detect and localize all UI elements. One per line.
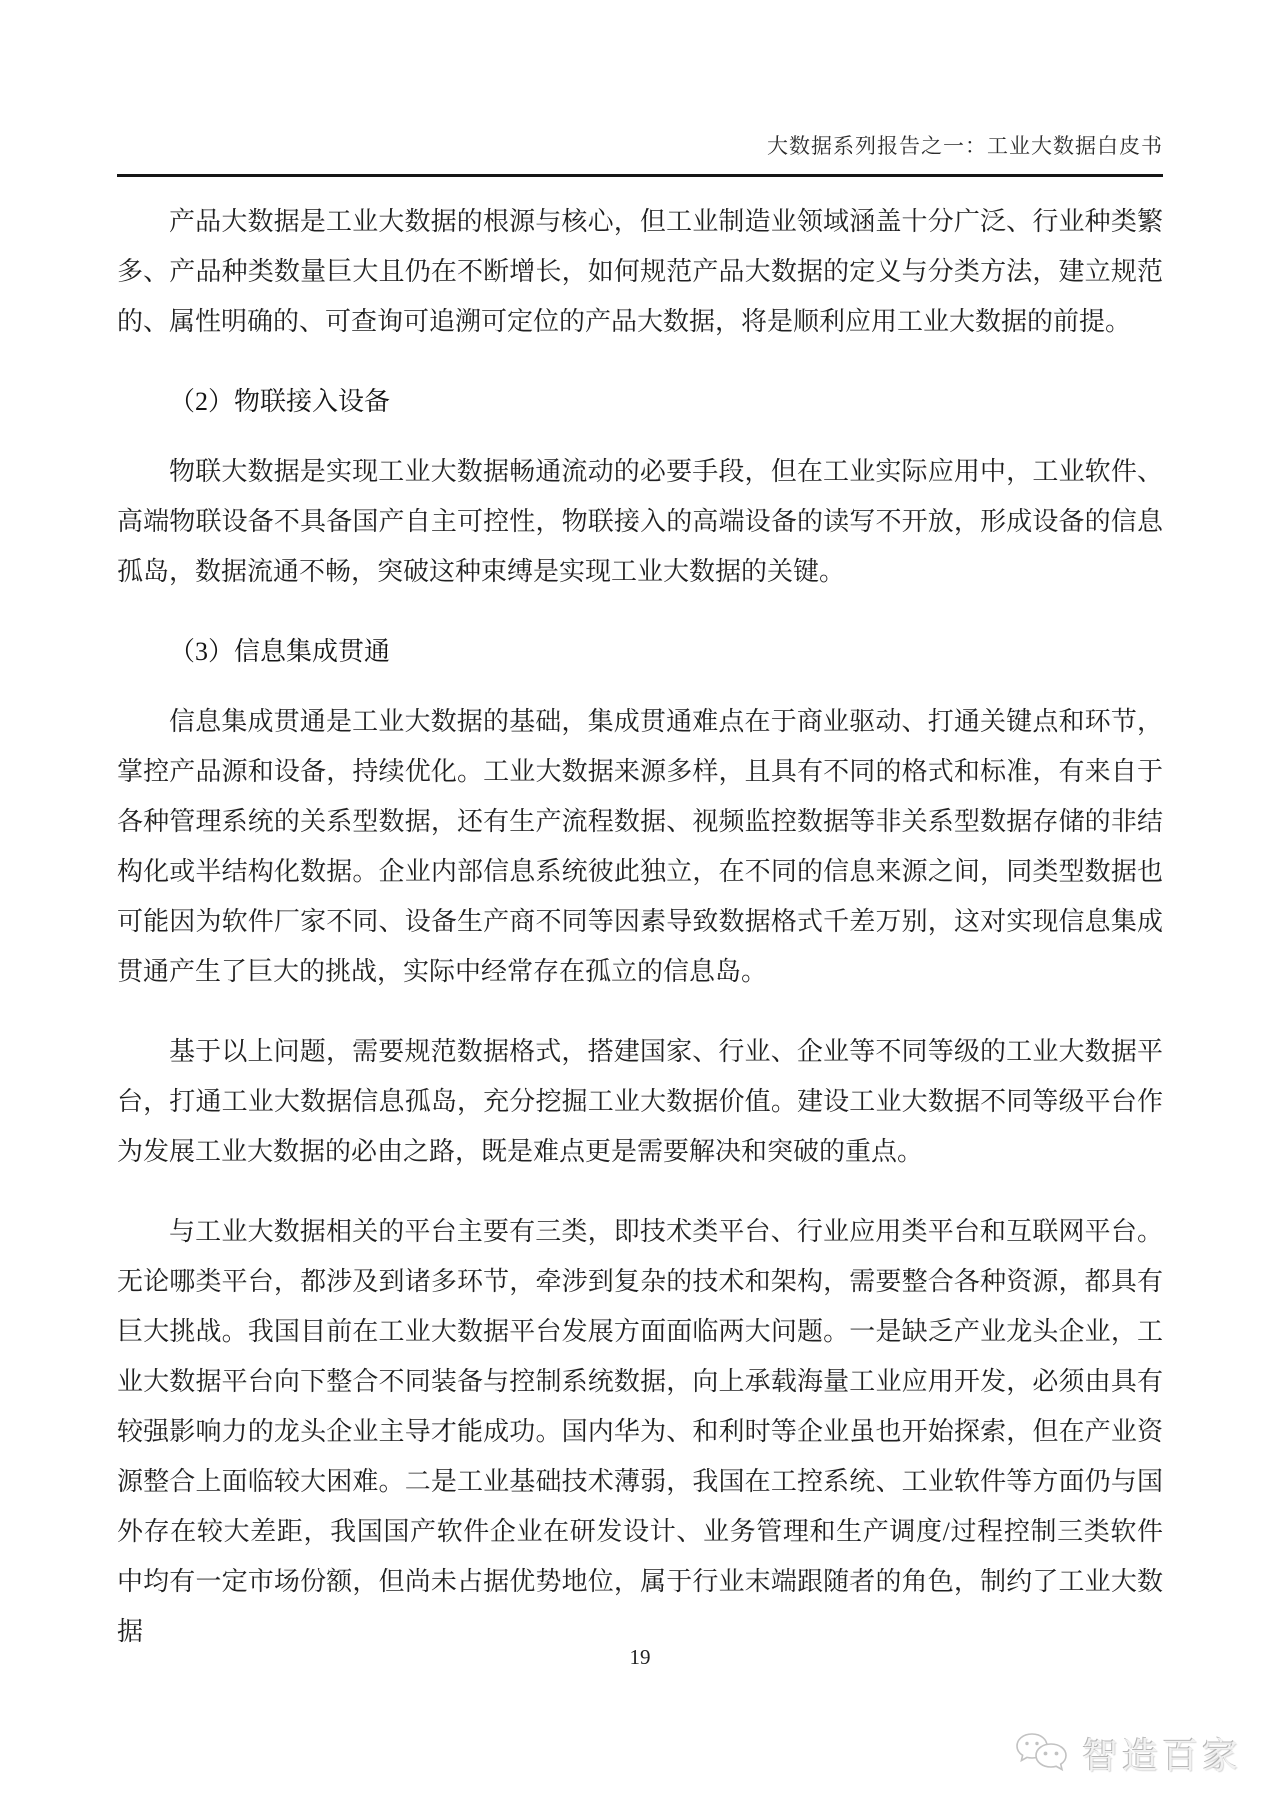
document-page: 大数据系列报告之一：工业大数据白皮书 产品大数据是工业大数据的根源与核心，但工业… <box>0 0 1280 1809</box>
wechat-bubbles-icon <box>1014 1731 1070 1777</box>
heading-iot-access-devices: （2）物联接入设备 <box>117 377 1163 427</box>
header-rule <box>117 174 1163 177</box>
document-body: 产品大数据是工业大数据的根源与核心，但工业制造业领域涵盖十分广泛、行业种类繁多、… <box>117 197 1163 1657</box>
paragraph-integration-challenges: 信息集成贯通是工业大数据的基础，集成贯通难点在于商业驱动、打通关键点和环节，掌控… <box>117 697 1163 997</box>
paragraph-platform-levels: 基于以上问题，需要规范数据格式，搭建国家、行业、企业等不同等级的工业大数据平台，… <box>117 1027 1163 1177</box>
watermark: 智造百家 <box>1014 1728 1242 1779</box>
content-column: 大数据系列报告之一：工业大数据白皮书 产品大数据是工业大数据的根源与核心，但工业… <box>117 0 1163 1687</box>
paragraph-product-bigdata: 产品大数据是工业大数据的根源与核心，但工业制造业领域涵盖十分广泛、行业种类繁多、… <box>117 197 1163 347</box>
paragraph-platform-types: 与工业大数据相关的平台主要有三类，即技术类平台、行业应用类平台和互联网平台。无论… <box>117 1207 1163 1657</box>
page-number: 19 <box>0 1645 1280 1670</box>
heading-information-integration: （3）信息集成贯通 <box>117 627 1163 677</box>
paragraph-iot-bigdata: 物联大数据是实现工业大数据畅通流动的必要手段，但在工业实际应用中，工业软件、高端… <box>117 447 1163 597</box>
watermark-text: 智造百家 <box>1082 1728 1242 1779</box>
header-title: 大数据系列报告之一：工业大数据白皮书 <box>767 134 1163 158</box>
page-header: 大数据系列报告之一：工业大数据白皮书 <box>117 0 1163 160</box>
